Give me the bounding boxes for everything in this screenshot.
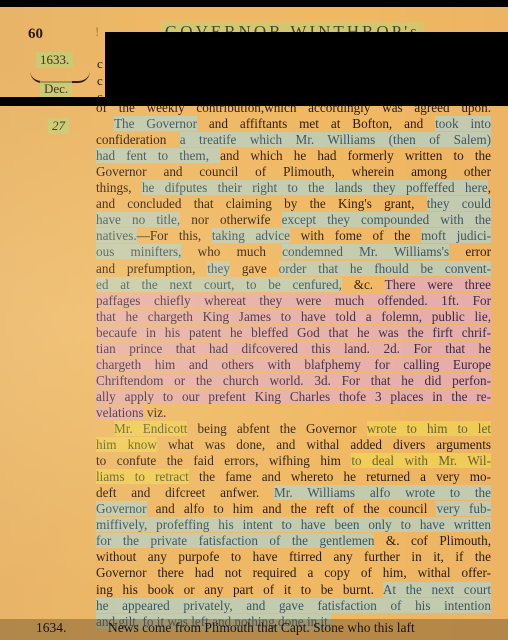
highlight-blue: miffively, profeffing his intent to have… xyxy=(96,517,491,532)
text-segment: the fame and whereto he returned a very … xyxy=(189,469,491,484)
highlight-pink: 2d. xyxy=(383,341,399,356)
text-segment: , xyxy=(488,180,491,195)
text-segment: —For this, xyxy=(137,228,212,243)
text-line: Governor there had not required a copy o… xyxy=(96,565,491,581)
highlight-pink: For xyxy=(459,293,491,308)
text-line: have no title, nor otherwife except they… xyxy=(96,212,491,228)
highlight-blue: Governor xyxy=(96,501,147,516)
redaction-band xyxy=(0,97,508,106)
highlight-pink: tian prince that had difcovered this lan… xyxy=(96,341,383,356)
highlight-blue: took into xyxy=(435,116,491,131)
text-line: becaufe in his patent he bleffed God tha… xyxy=(96,325,491,341)
text-line: without any purpofe to have ftirred any … xyxy=(96,549,491,565)
highlight-pink: paffages chiefly whereat they were much … xyxy=(96,293,441,308)
margin-year-1634: 1634. xyxy=(36,620,66,636)
highlight-yellow: to deal with Mr. Wil- xyxy=(351,453,491,468)
text-segment: Governor there had not required a copy o… xyxy=(96,565,491,580)
text-line: liams to retract the fame and whereto he… xyxy=(96,469,491,485)
highlight-pink: 1ft. xyxy=(441,293,459,308)
highlight-blue: moft judici- xyxy=(421,228,491,243)
highlight-pink: Chriftendom or the church world. 3d. For… xyxy=(96,373,491,388)
text-line: ed at the next court, to be cenfured, &c… xyxy=(96,277,491,293)
text-segment: things, xyxy=(96,180,142,195)
highlight-blue: he appeared privately, and gave fatisfac… xyxy=(96,598,491,613)
text-line: ing his book or any part of it to be bur… xyxy=(96,582,491,598)
text-segment: with fome of the xyxy=(290,228,421,243)
text-line: that he chargeth King James to have told… xyxy=(96,309,491,325)
highlight-blue: order that he fhould be convent- xyxy=(279,261,491,276)
top-black-bar xyxy=(0,0,508,7)
margin-month-dec: Dec. xyxy=(40,81,72,97)
text-segment: without any purpofe to have ftirred any … xyxy=(96,549,491,564)
text-line: Chriftendom or the church world. 3d. For… xyxy=(96,373,491,389)
highlight-yellow: wrote to him to let xyxy=(367,421,491,436)
text-line: and prefumption, they gave order that he… xyxy=(96,261,491,277)
highlight-blue: a treatife which Mr. Williams (then of S… xyxy=(180,132,491,147)
text-line: chargeth him and others with blafphemy f… xyxy=(96,357,491,373)
highlight-blue: At the next court xyxy=(383,582,491,597)
text-line: confideration a treatife which Mr. Willi… xyxy=(96,132,491,148)
text-line: Mr. Endicott being abfent the Governor w… xyxy=(96,421,491,437)
highlight-blue: ous minifters, xyxy=(96,244,181,259)
text-segment: and which he had formerly written to the xyxy=(220,148,491,163)
highlight-blue: ed at the next court, to be cenfured, xyxy=(96,277,342,292)
text-segment: and affiftants met at Bofton, and xyxy=(197,116,435,131)
highlight-blue: very fub- xyxy=(436,501,491,516)
text-line: The Governor and affiftants met at Bofto… xyxy=(96,116,491,132)
highlight-blue: The Governor xyxy=(114,116,197,131)
highlight-pink: There were three xyxy=(385,277,491,292)
text-line: to confute the faid errors, wifhing him … xyxy=(96,453,491,469)
text-segment: who much xyxy=(181,244,282,259)
text-segment: gave xyxy=(230,261,279,276)
highlight-blue: have no title, xyxy=(96,212,180,227)
text-segment: error xyxy=(449,244,491,259)
highlight-blue: except they compounded with the xyxy=(282,212,491,227)
highlight-blue: Mr. Williams alfo wrote to the xyxy=(274,485,491,500)
text-line: him know what was done, and withal added… xyxy=(96,437,491,453)
text-segment: what was done, and withal added divers a… xyxy=(157,437,491,452)
text-segment: and concluded that claiming by the King'… xyxy=(96,196,427,211)
text-line: ally apply to our prefent King Charles t… xyxy=(96,389,491,405)
highlight-pink: For that he xyxy=(400,341,491,356)
text-segment: deft and difcreet anfwer. xyxy=(96,485,274,500)
text-segment: &. cof Plimouth, xyxy=(374,533,491,548)
highlight-blue: condemned Mr. Williams's xyxy=(282,244,449,259)
highlight-yellow: Mr. Endicott xyxy=(114,421,187,436)
margin-day-27: 27 xyxy=(48,118,69,134)
text-segment: ing his book or any part of it to be bur… xyxy=(96,582,383,597)
text-line: for the private fatisfaction of the gent… xyxy=(96,533,491,549)
highlight-blue: they xyxy=(207,261,230,276)
highlight-yellow: him know xyxy=(96,437,157,452)
highlight-blue: they could xyxy=(427,196,491,211)
text-line: and concluded that claiming by the King'… xyxy=(96,196,491,212)
highlight-yellow: liams to retract xyxy=(96,469,189,484)
redacted-fragment-2: c xyxy=(97,73,103,89)
text-segment: and prefumption, xyxy=(96,261,207,276)
text-line: things, he difputes their right to the l… xyxy=(96,180,491,196)
highlight-pink: chargeth him and others with blafphemy f… xyxy=(96,357,491,372)
page-number: 60 xyxy=(28,26,43,43)
highlight-pink: ally apply to our prefent King Charles t… xyxy=(96,389,491,404)
highlight-blue: taking advice xyxy=(212,228,290,243)
text-line: ous minifters, who much condemned Mr. Wi… xyxy=(96,244,491,260)
highlight-blue: for the private fatisfaction of the gent… xyxy=(96,533,374,548)
text-line: he appeared privately, and gave fatisfac… xyxy=(96,598,491,614)
text-line: Governor and council of Plimouth, wherei… xyxy=(96,164,491,180)
highlight-blue: natives. xyxy=(96,228,137,243)
text-line: miffively, profeffing his intent to have… xyxy=(96,517,491,533)
text-line: deft and difcreet anfwer. Mr. Williams a… xyxy=(96,485,491,501)
text-line: had fent to them, and which he had forme… xyxy=(96,148,491,164)
highlight-pink: velations xyxy=(96,405,144,420)
highlight-blue: he difputes their right to the lands the… xyxy=(142,180,488,195)
text-segment: confideration xyxy=(96,132,180,147)
redacted-fragment-1: c xyxy=(97,56,103,72)
stray-mark: ! xyxy=(95,24,99,40)
text-segment: and alfo to him and the reft of the coun… xyxy=(147,501,437,516)
text-line: tian prince that had difcovered this lan… xyxy=(96,341,491,357)
text-segment: to confute the faid errors, wifhing him xyxy=(96,453,351,468)
text-segment: nor otherwife xyxy=(180,212,282,227)
text-segment: Governor and council of Plimouth, wherei… xyxy=(96,164,491,179)
text-line: natives.—For this, taking advice with fo… xyxy=(96,228,491,244)
next-paragraph-line: News come from Plimouth that Capt. Stone… xyxy=(108,620,415,636)
redaction-box xyxy=(105,32,508,97)
text-line: paffages chiefly whereat they were much … xyxy=(96,293,491,309)
highlight-pink: becaufe in his patent he bleffed God tha… xyxy=(96,325,491,340)
text-segment: viz. xyxy=(144,405,167,420)
highlight-pink: that he chargeth King James to have told… xyxy=(96,309,491,324)
highlight-blue: had fent to them, xyxy=(96,148,220,163)
text-segment: being abfent the Governor xyxy=(187,421,366,436)
text-segment: &c. xyxy=(342,277,385,292)
text-line: Governor and alfo to him and the reft of… xyxy=(96,501,491,517)
text-line: velations viz. xyxy=(96,405,491,421)
margin-year-1633: 1633. xyxy=(36,52,73,68)
